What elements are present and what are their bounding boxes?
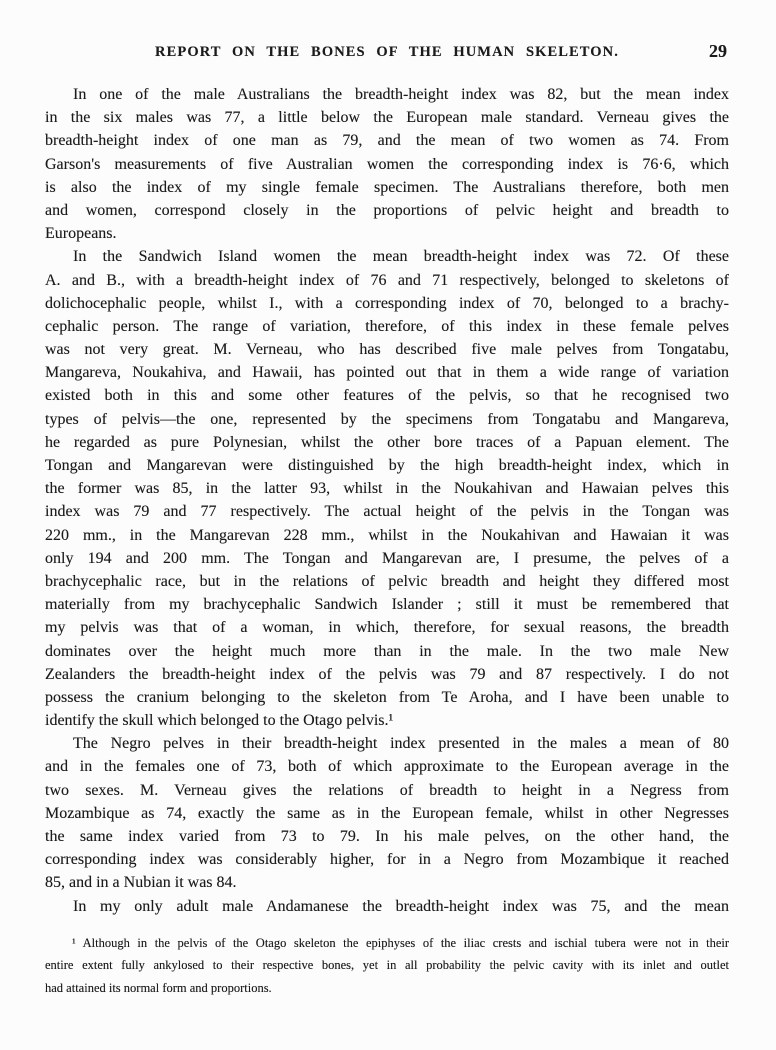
text-line: brachycephalic race, but in the relation… [45, 570, 729, 593]
text-line: In the Sandwich Island women the mean br… [45, 245, 729, 268]
page-number: 29 [709, 41, 727, 62]
page-header: REPORT ON THE BONES OF THE HUMAN SKELETO… [45, 44, 729, 66]
scanned-page: REPORT ON THE BONES OF THE HUMAN SKELETO… [0, 0, 776, 1050]
text-line: 220 mm., in the Mangarevan 228 mm., whil… [45, 524, 729, 547]
text-line: corresponding index was considerably hig… [45, 848, 729, 871]
text-line: entire extent fully ankylosed to their r… [45, 954, 729, 976]
text-line: and women, correspond closely in the pro… [45, 199, 729, 222]
text-line: In my only adult male Andamanese the bre… [45, 895, 729, 918]
text-line: identify the skull which belonged to the… [45, 709, 729, 732]
text-line: is also the index of my single female sp… [45, 176, 729, 199]
text-line: Mozambique as 74, exactly the same as in… [45, 802, 729, 825]
text-line: was not very great. M. Verneau, who has … [45, 338, 729, 361]
text-line: possess the cranium belonging to the ske… [45, 686, 729, 709]
text-line: In one of the male Australians the bread… [45, 83, 729, 106]
text-line: Mangareva, Noukahiva, and Hawaii, has po… [45, 361, 729, 384]
text-line: Europeans. [45, 222, 729, 245]
text-line: types of pelvis—the one, represented by … [45, 408, 729, 431]
body-text: In one of the male Australians the bread… [45, 83, 729, 918]
text-line: the former was 85, in the latter 93, whi… [45, 477, 729, 500]
text-line: cephalic person. The range of variation,… [45, 315, 729, 338]
text-line: Garson's measurements of five Australian… [45, 153, 729, 176]
text-line: the same index varied from 73 to 79. In … [45, 825, 729, 848]
text-line: A. and B., with a breadth-height index o… [45, 269, 729, 292]
footnote: ¹ Although in the pelvis of the Otago sk… [45, 932, 729, 999]
paragraph: In one of the male Australians the bread… [45, 83, 729, 245]
text-line: breadth-height index of one man as 79, a… [45, 129, 729, 152]
text-line: materially from my brachycephalic Sandwi… [45, 593, 729, 616]
running-header: REPORT ON THE BONES OF THE HUMAN SKELETO… [45, 44, 729, 61]
text-line: dolichocephalic people, whilst I., with … [45, 292, 729, 315]
text-line: in the six males was 77, a little below … [45, 106, 729, 129]
paragraph: In the Sandwich Island women the mean br… [45, 245, 729, 732]
text-line: had attained its normal form and proport… [45, 977, 729, 999]
text-line: index was 79 and 77 respectively. The ac… [45, 500, 729, 523]
text-line: ¹ Although in the pelvis of the Otago sk… [45, 932, 729, 954]
text-line: Zealanders the breadth-height index of t… [45, 663, 729, 686]
text-line: Tongan and Mangarevan were distinguished… [45, 454, 729, 477]
text-line: my pelvis was that of a woman, in which,… [45, 616, 729, 639]
text-line: he regarded as pure Polynesian, whilst t… [45, 431, 729, 454]
text-line: only 194 and 200 mm. The Tongan and Mang… [45, 547, 729, 570]
text-line: 85, and in a Nubian it was 84. [45, 871, 729, 894]
paragraph: In my only adult male Andamanese the bre… [45, 895, 729, 918]
text-line: and in the females one of 73, both of wh… [45, 755, 729, 778]
text-line: The Negro pelves in their breadth-height… [45, 732, 729, 755]
text-line: two sexes. M. Verneau gives the relation… [45, 779, 729, 802]
paragraph: ¹ Although in the pelvis of the Otago sk… [45, 932, 729, 999]
text-line: dominates over the height much more than… [45, 640, 729, 663]
paragraph: The Negro pelves in their breadth-height… [45, 732, 729, 894]
text-line: existed both in this and some other feat… [45, 384, 729, 407]
